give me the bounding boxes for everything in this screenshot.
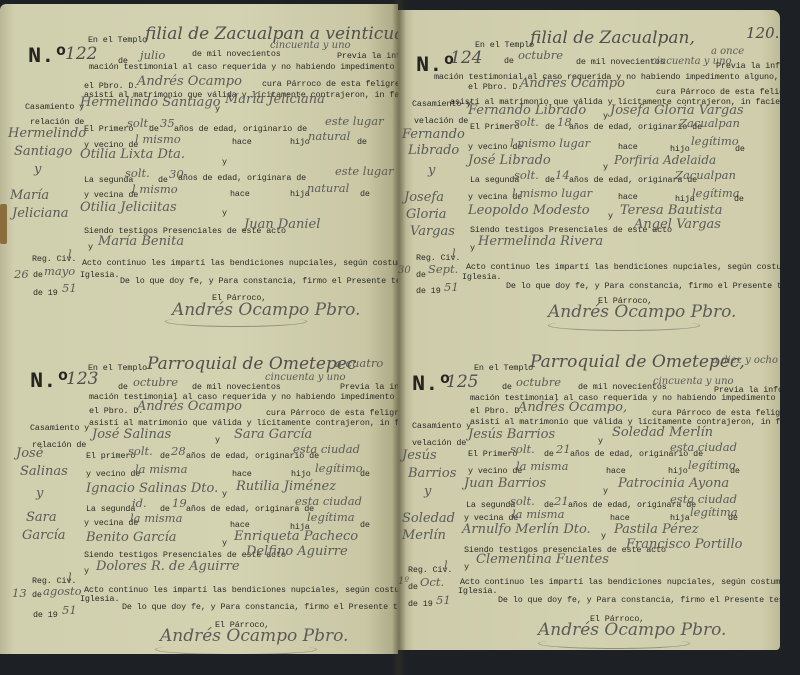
witness-2: Hermelinda Rivera [478, 234, 603, 249]
de-label: de [33, 270, 43, 280]
regciv-value: l [444, 558, 448, 572]
y-connector: y [470, 243, 475, 253]
first-age: 21 [556, 442, 571, 456]
first-residence: la misma [516, 459, 568, 473]
margin-name: Sara [26, 510, 57, 525]
priest-label: el Pbro. D. [470, 406, 524, 416]
groom-name: Hermelindo Santiago [80, 95, 221, 110]
de-label: de [545, 175, 555, 185]
second-residence: la misma [512, 507, 564, 521]
testimonial-line: mación testimonial al caso requerida y n… [89, 62, 398, 72]
bride-name: María Jeliciana [225, 92, 325, 107]
margin-name: Jesús [402, 448, 437, 463]
priest-label: el Pbro. D. [468, 82, 522, 92]
iglesia-label: Iglesia. [462, 272, 501, 282]
second-father: Leopoldo Modesto [468, 203, 590, 218]
reg-month: agosto [43, 584, 82, 598]
reg-month: Oct. [420, 575, 444, 589]
second-status: id. [132, 496, 147, 510]
first-residence: l mismo [135, 132, 181, 146]
first-status: solt. [510, 442, 535, 456]
margin-name: Librado [408, 143, 459, 158]
second-filiation: legítima [692, 186, 740, 200]
regciv-value: l [452, 246, 456, 260]
second-origin: este lugar [335, 164, 394, 178]
de-suffix: de [357, 137, 367, 147]
priest-suffix: cura Párroco de esta feligresía [266, 408, 398, 418]
margin-name: Hermelindo [8, 126, 86, 141]
entry-number-prefix: N.º [28, 44, 68, 69]
relacion-label: velación de [412, 438, 466, 448]
second-label: La segunda [470, 175, 519, 185]
y-connector: y [222, 489, 227, 499]
day-value: a diez y ocho [712, 355, 778, 366]
casamiento-label: Casamiento y [25, 102, 84, 112]
casamiento-label: Casamiento y [412, 99, 471, 109]
temple-label: En el Templo [474, 363, 533, 373]
temple-value: Parroquial de Ometepec [147, 354, 356, 374]
first-father: Juan Barrios [464, 476, 546, 491]
second-filiation: natural [307, 181, 349, 195]
vecina-label: y vecina de [84, 190, 138, 200]
margin-name: Vargas [410, 224, 455, 239]
witness-2: Dolores R. de Aguirre [96, 559, 240, 574]
first-filiation: legítimo [688, 458, 736, 472]
bride-name: Sara García [234, 427, 312, 442]
second-residence: la misma [130, 511, 182, 525]
margin-name: Gloria [406, 207, 447, 222]
regciv-value: l [68, 570, 72, 584]
signature-flourish [548, 320, 700, 331]
y-connector: y [608, 211, 613, 221]
reg-year: 51 [436, 593, 451, 607]
second-mother: Pastila Pérez [614, 522, 699, 537]
y-connector: y [84, 566, 89, 576]
reg-year: 51 [62, 281, 77, 295]
year-label: de mil novecientos [192, 49, 281, 59]
second-origin: esta ciudad [295, 494, 362, 508]
month-label: de [118, 382, 128, 392]
y-connector: y [601, 531, 606, 541]
first-filiation: natural [308, 129, 350, 143]
previa-text: Previa la infor- [337, 51, 398, 61]
second-age: 21 [554, 494, 569, 508]
first-filiation: legítimo [315, 461, 363, 475]
reg-year-label: de 19 [408, 599, 433, 609]
witness-2: María Benita [98, 234, 184, 249]
de-label: de [544, 449, 554, 459]
first-origin: este lugar [325, 114, 384, 128]
de-label: de [160, 451, 170, 461]
y-connector: y [603, 162, 608, 172]
first-filiation: legítimo [691, 134, 739, 148]
iglesia-label: Iglesia. [458, 586, 497, 596]
month-label: de [502, 382, 512, 392]
entry-number: 122 [65, 44, 97, 64]
de-suffix: de [730, 466, 740, 476]
first-mother: Rutilia Jiménez [236, 479, 336, 494]
margin-name: y [34, 162, 41, 177]
second-mother: Enriqueta Pacheco [234, 529, 358, 544]
second-label: La segunda [466, 500, 515, 510]
month-value: octubre [133, 375, 178, 389]
margin-name: Santiago [14, 144, 72, 159]
de-label: de [408, 582, 418, 592]
first-status: solt. [514, 115, 539, 129]
first-age: 28 [171, 444, 186, 458]
witness-1: Delfino Aguirre [246, 544, 348, 559]
margin-name: y [424, 484, 431, 499]
second-age: 14 [555, 168, 570, 182]
hace-label: hace [232, 469, 252, 479]
margin-name: Merlín [402, 528, 446, 543]
second-mother: Teresa Bautista [620, 203, 723, 218]
second-father: Arnulfo Merlín Dto. [462, 522, 591, 537]
signature-flourish [165, 316, 307, 327]
de-suffix: de [735, 144, 745, 154]
reg-month: mayo [44, 264, 75, 278]
right-page: 120. En el Templo filial de Zacualpan, a… [398, 10, 780, 650]
first-residence: l mismo lugar [510, 136, 590, 150]
priest-value: Andrés Ocampo [137, 74, 242, 89]
age-text: años de edad, originario de [174, 124, 307, 134]
hace-label: hace [232, 137, 252, 147]
margin-name: Soledad [402, 511, 455, 526]
reg-year-label: de 19 [33, 610, 58, 620]
margin-name: José [16, 446, 43, 461]
hace-label: hace [606, 466, 626, 476]
y-connector: y [88, 242, 93, 252]
second-residence: l mismo lugar [512, 186, 592, 200]
reg-year-label: de 19 [33, 288, 58, 298]
son-label: hijo [290, 137, 310, 147]
previa-text: Previa la infor- [716, 61, 780, 71]
y-connector: y [222, 157, 227, 167]
left-page: En el Templo filial de Zacualpan a veint… [0, 4, 398, 654]
blessing-line: Acto continuo les impartí las bendicione… [82, 258, 398, 268]
year-value: cincuenta y uno [270, 40, 351, 51]
son-label: hijo [668, 466, 688, 476]
groom-name: Jesús Barrios [468, 427, 555, 442]
second-age: 19 [172, 496, 187, 510]
second-origin: esta ciudad [670, 492, 737, 506]
iglesia-label: Iglesia. [80, 594, 119, 604]
first-origin: Zacualpan [679, 116, 740, 130]
vecino-label: y vecino de [468, 466, 522, 476]
priest-suffix: cura Párroco de esta feligresía [656, 87, 780, 97]
witness-1: Juan Daniel [244, 217, 320, 232]
second-origin: Zacualpan [675, 168, 736, 182]
de-label: de [32, 590, 42, 600]
margin-name: y [36, 486, 43, 501]
entry-number: 123 [66, 369, 98, 389]
open-register-book: En el Templo filial de Zacualpan a veint… [0, 0, 800, 675]
fe-line: De lo que doy fe, y Para constancia, fir… [498, 595, 780, 605]
entry-number-prefix: N.º [30, 369, 70, 394]
fe-line: De lo que doy fe, y Para constancia, fir… [120, 276, 398, 286]
second-filiation: legítima [307, 510, 355, 524]
second-status: solt. [514, 168, 539, 182]
vecino-label: y vecino de [86, 469, 140, 479]
priest-signature: Andrés Ocampo Pbro. [548, 302, 736, 322]
previa-text: Previa la infor [340, 382, 398, 392]
second-label: La segunda [86, 504, 135, 514]
month-value: julio [140, 48, 165, 62]
reg-year: 51 [444, 280, 459, 294]
fe-line: De lo que doy fe, y Para constancia, fir… [506, 281, 780, 291]
priest-value: Andrés Ocampo [520, 76, 625, 91]
first-age: 35 [160, 116, 175, 130]
year-value: cincuenta y uno [265, 372, 346, 383]
bride-name: Soledad Merlín [612, 425, 713, 440]
entry-number: 125 [446, 372, 478, 392]
first-label: El Primero [84, 124, 133, 134]
iglesia-label: Iglesia. [80, 270, 119, 280]
hace-label: hace [618, 192, 638, 202]
month-value: octubre [518, 48, 563, 62]
blessing-line: Acto continuo les impartí las bendicione… [466, 262, 780, 272]
de-suffix: de [360, 189, 370, 199]
margin-name: Fernando [402, 127, 465, 142]
month-label: de [504, 56, 514, 66]
de-label: de [416, 270, 426, 280]
casamiento-label: Casamiento y [412, 421, 471, 431]
margin-name: Josefa [404, 190, 444, 205]
page-number: 120. [746, 24, 779, 42]
witness-1: Angel Vargas [634, 217, 721, 232]
second-status: solt. [125, 166, 150, 180]
blessing-line: Acto continuo les impartí las bendicione… [460, 577, 780, 587]
entry-number: 124 [450, 48, 482, 68]
casamiento-label: Casamiento y [30, 423, 89, 433]
first-residence: la misma [135, 462, 187, 476]
year-label: de mil novecientos [192, 382, 281, 392]
de-suffix: de [360, 520, 370, 530]
first-mother: Porfiria Adelaida [614, 153, 716, 167]
y-connector: y [464, 562, 469, 572]
first-father: José Librado [468, 153, 551, 168]
signature-flourish [155, 644, 317, 654]
margin-name: Salinas [20, 464, 68, 479]
son-label: hijo [291, 469, 311, 479]
day-value: a cuatro [335, 356, 383, 370]
first-father: Ignacio Salinas Dto. [86, 481, 218, 496]
margin-name: Jeliciana [12, 206, 69, 221]
margin-name: y [428, 163, 435, 178]
groom-name: José Salinas [92, 427, 171, 442]
second-father: Benito García [86, 530, 177, 545]
priest-value: Andrés Ocampo [137, 399, 242, 414]
reg-year-label: de 19 [416, 286, 441, 296]
fe-line: De lo que doy fe, y Para constancia, fir… [122, 602, 398, 612]
y-connector: y [222, 208, 227, 218]
second-status: solt. [510, 494, 535, 508]
first-label: El Primero [470, 122, 519, 132]
second-parents: Otilia Jeliciitas [80, 200, 177, 215]
second-residence: l mismo [132, 182, 178, 196]
y-connector: y [222, 538, 227, 548]
y-connector: y [215, 435, 220, 445]
relacion-label: velación de [414, 116, 468, 126]
reg-year: 51 [62, 603, 77, 617]
margin-name: García [22, 528, 66, 543]
y-connector: y [215, 104, 220, 114]
reg-month: Sept. [428, 262, 458, 276]
margin-name: María [10, 188, 49, 203]
de-suffix: de [734, 194, 744, 204]
temple-value: filial de Zacualpan, [530, 28, 695, 48]
margin-name: Barrios [408, 466, 456, 481]
first-parents: Otilia Lixta Dta. [80, 147, 185, 162]
signature-flourish [538, 638, 690, 649]
testimonial-line: mación testimonial al caso requerida y n… [89, 392, 398, 402]
y-connector: y [603, 111, 608, 121]
priest-value: Andrés Ocampo, [518, 400, 627, 415]
age-text-f: años de edad, originara de [178, 173, 306, 183]
hace-label: hace [230, 189, 250, 199]
witness-1: Francisco Portillo [626, 537, 743, 552]
book-spine [392, 0, 406, 675]
witness-2: Clementina Fuentes [476, 552, 609, 567]
regciv-value: l [68, 247, 72, 261]
first-origin: esta ciudad [293, 442, 360, 456]
reg-day: 13 [12, 586, 27, 600]
priest-signature: Andrés Ocampo Pbro. [160, 626, 348, 646]
y-connector: y [598, 436, 603, 446]
hace-label: hace [618, 142, 638, 152]
first-status: solt. [128, 444, 153, 458]
first-origin: esta ciudad [670, 440, 737, 454]
month-value: octubre [516, 375, 561, 389]
priest-suffix: cura Párroco de esta feligresía [262, 79, 398, 89]
de-suffix: de [360, 469, 370, 479]
binding-thread [0, 204, 7, 244]
reg-day: 26 [14, 267, 29, 281]
y-connector: y [603, 486, 608, 496]
first-mother: Patrocinia Ayona [618, 476, 729, 491]
blessing-line: Acto continuo les impartí las bendicione… [84, 585, 398, 595]
de-label: de [545, 122, 555, 132]
priest-signature: Andrés Ocampo Pbro. [538, 620, 726, 640]
priest-label: el Pbro. D. [89, 406, 143, 416]
de-suffix: de [728, 513, 738, 523]
